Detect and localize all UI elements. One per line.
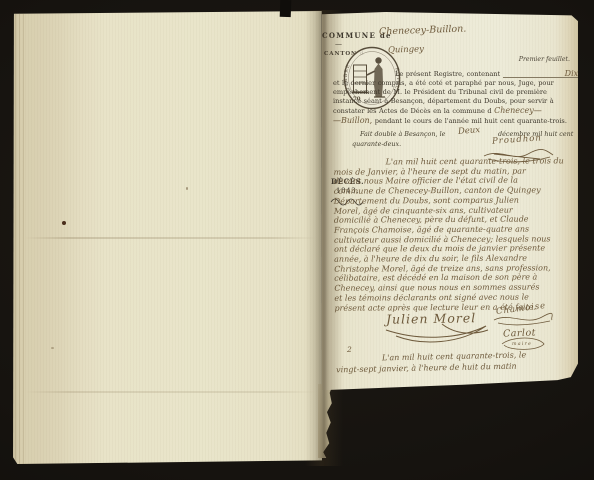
death-act-1-text: L'an mil huit cent quarante-trois, le tr… xyxy=(334,156,569,313)
ink-speck xyxy=(51,347,54,349)
left-blank-page xyxy=(13,11,322,464)
torn-page-stub xyxy=(318,384,333,458)
ink-speck xyxy=(62,221,66,225)
act-line: Chenecey, ainsi que nous nous en sommes … xyxy=(334,282,568,293)
margin-act-number: 2 xyxy=(347,345,352,354)
register-right-page: COMMUNE de Chenecey-Buillon. — CANTON d … xyxy=(322,12,578,390)
commune-handwritten-insert: —Buillon, xyxy=(333,116,372,125)
register-photo: COMMUNE de Chenecey-Buillon. — CANTON d … xyxy=(0,0,594,480)
page-edge-lines xyxy=(15,11,24,464)
folio-note: Premier feuillet. xyxy=(480,56,570,63)
paragraph-line: Le présent Registre, contenant Dix feuil… xyxy=(333,70,565,79)
ink-speck xyxy=(186,187,188,190)
declarant-signature-flourish xyxy=(382,322,492,342)
certification-line1: Fait double à Besançon, le xyxy=(360,130,445,138)
paper-crease xyxy=(25,391,315,393)
paragraph-line: —Buillon, pendant le cours de l'année mi… xyxy=(333,116,565,126)
witness-signature-flourish xyxy=(492,312,554,326)
printed-text: Le présent Registre, contenant xyxy=(395,70,500,78)
paper-crease xyxy=(25,237,315,239)
death-act-2-text: L'an mil huit cent quarante-trois, le vi… xyxy=(336,350,564,376)
date-handwritten: Deux xyxy=(458,125,481,137)
binding-top-gap xyxy=(280,0,292,17)
certification-line2: quarante-deux. xyxy=(352,140,401,148)
paragraph-line: et le dernier compris, a été coté et par… xyxy=(333,79,565,88)
commune-name-handwritten: Chenecey-Buillon. xyxy=(379,23,467,37)
act-line: L'an mil huit cent quarante-trois, le tr… xyxy=(334,156,568,167)
printed-text: feuillets, celui-ci xyxy=(581,70,594,78)
feuillet-count-handwritten: Dix xyxy=(503,70,578,78)
register-paragraph: Le présent Registre, contenant Dix feuil… xyxy=(333,70,565,126)
commune-handwritten-insert: Chenecey— xyxy=(494,106,542,115)
printed-text: pendant le cours de l'année mil huit cen… xyxy=(375,117,567,125)
paragraph-line: empêchement de M. le Président du Tribun… xyxy=(333,88,565,97)
judge-signature: Proudhon xyxy=(492,133,542,146)
paragraph-line: instance séant à Besançon, département d… xyxy=(333,97,565,106)
paragraph-line: constater les Actes de Décès en la commu… xyxy=(333,106,565,116)
printed-text: constater les Actes de Décès en la commu… xyxy=(333,107,492,115)
act-line: commune de Chenecey-Buillon, canton de Q… xyxy=(334,185,568,196)
